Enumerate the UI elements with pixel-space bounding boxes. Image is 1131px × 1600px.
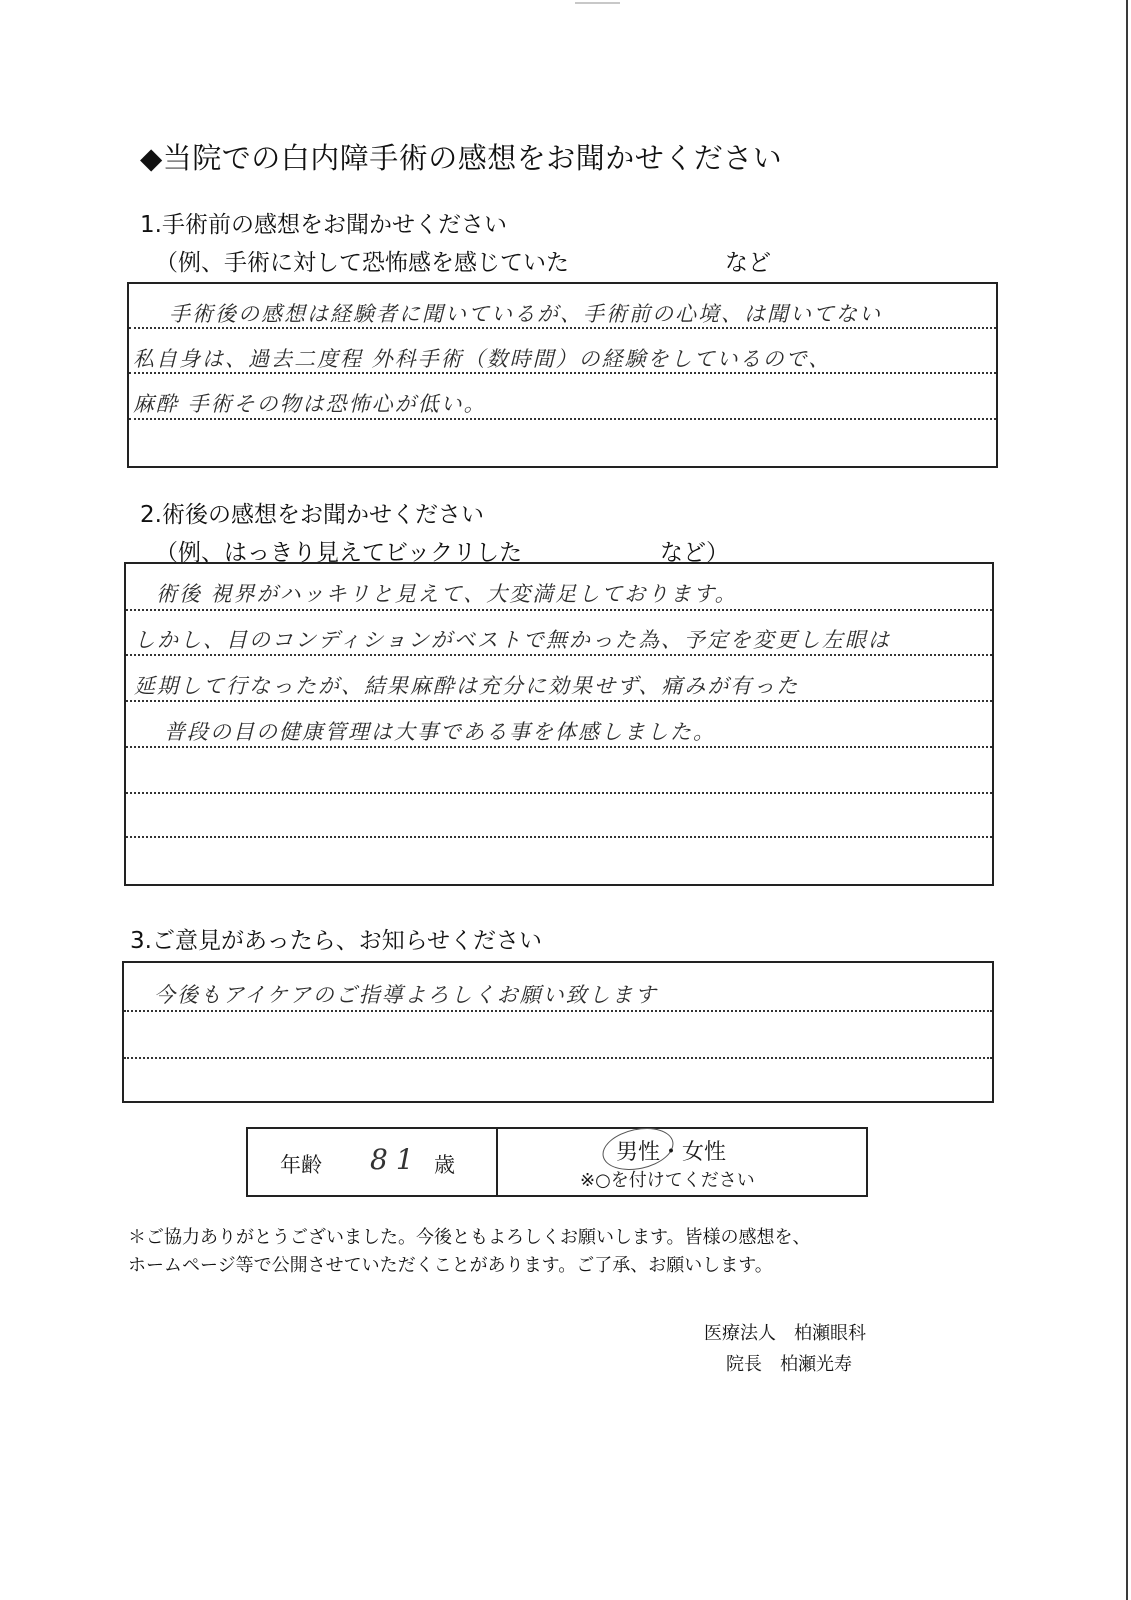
- answer-line: しかし、目のコンディションがベストで無かった為、予定を変更し左眼は: [134, 624, 891, 654]
- scan-artifact: [575, 2, 620, 4]
- question-3-answer-box[interactable]: 今後もアイケアのご指導よろしくお願い致します: [122, 961, 994, 1103]
- question-1-heading: 1.手術前の感想をお聞かせください: [140, 206, 507, 239]
- answer-line: 今後もアイケアのご指導よろしくお願い致します: [154, 979, 658, 1009]
- ruled-line: [126, 609, 992, 611]
- question-1-example-suffix: など: [725, 244, 771, 277]
- question-1-example-text: （例、手術に対して恐怖感を感じていた: [155, 250, 569, 276]
- gender-options[interactable]: 男性・女性: [616, 1135, 726, 1166]
- ruled-line: [129, 418, 996, 420]
- age-unit: 歳: [434, 1149, 455, 1179]
- ruled-line: [126, 792, 992, 794]
- ruled-line: [124, 1057, 992, 1059]
- question-1-answer-box[interactable]: 手術後の感想は経験者に聞いているが、手術前の心境、は聞いてない 私自身は、過去二…: [127, 282, 998, 468]
- age-value: 81: [370, 1143, 422, 1176]
- footer-note-line-2: ホームページ等で公開させていただくことがあります。ご了承、お願いします。: [128, 1252, 928, 1280]
- gender-note: ※○を付けてください: [580, 1166, 755, 1192]
- footer-note-line-1: ＊ご協力ありがとうございました。今後ともよろしくお願いします。皆様の感想を、: [128, 1224, 928, 1252]
- answer-line: 普段の目の健康管理は大事である事を体感しました。: [164, 716, 716, 746]
- answer-line: 麻酔 手術その物は恐怖心が低い。: [133, 388, 487, 418]
- clinic-name: 医療法人 柏瀬眼科: [704, 1319, 866, 1345]
- ruled-line: [124, 1010, 992, 1012]
- age-label: 年齢: [280, 1149, 322, 1179]
- ruled-line: [126, 746, 992, 748]
- answer-line: 術後 視界がハッキリと見えて、大変満足しております。: [156, 578, 738, 608]
- scan-edge-border: [1126, 0, 1128, 1600]
- gender-cell[interactable]: 男性・女性 ※○を付けてください: [498, 1129, 866, 1195]
- question-2-heading: 2.術後の感想をお聞かせください: [140, 496, 484, 529]
- question-3-heading: 3.ご意見があったら、お知らせください: [130, 922, 542, 955]
- page-title: ◆当院での白内障手術の感想をお聞かせください: [140, 136, 782, 177]
- question-2-answer-box[interactable]: 術後 視界がハッキリと見えて、大変満足しております。 しかし、目のコンディション…: [124, 562, 994, 886]
- answer-line: 私自身は、過去二度程 外科手術（数時間）の経験をしているので、: [133, 343, 831, 373]
- question-1-example: （例、手術に対して恐怖感を感じていた など: [155, 244, 569, 277]
- respondent-info-box: 年齢 81 歳 男性・女性 ※○を付けてください: [246, 1127, 868, 1197]
- director-name: 院長 柏瀬光寿: [726, 1350, 852, 1376]
- answer-line: 延期して行なったが、結果麻酔は充分に効果せず、痛みが有った: [134, 670, 799, 700]
- ruled-line: [126, 654, 992, 656]
- age-cell[interactable]: 年齢 81 歳: [248, 1129, 498, 1195]
- ruled-line: [126, 700, 992, 702]
- answer-line: 手術後の感想は経験者に聞いているが、手術前の心境、は聞いてない: [169, 298, 882, 328]
- footer-note: ＊ご協力ありがとうございました。今後ともよろしくお願いします。皆様の感想を、 ホ…: [128, 1224, 928, 1280]
- ruled-line: [126, 836, 992, 838]
